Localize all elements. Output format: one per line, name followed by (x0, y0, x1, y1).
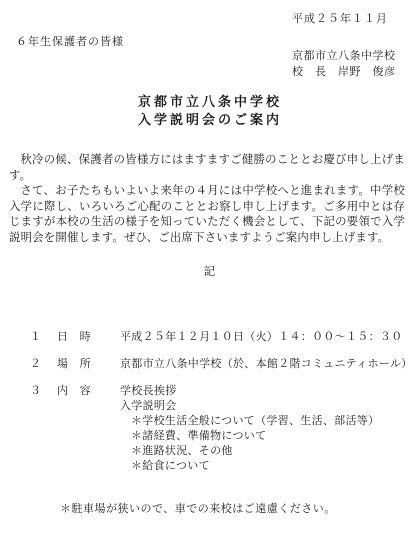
body-text: 秋冷の候、保護者の皆様方にはますますご健勝のこととお慶び申し上げます。 さて、お… (9, 153, 405, 246)
item-datetime-number: １ (30, 330, 57, 344)
item-datetime: １ 日 時 平成２５年１２月１０日（火）１４：００～１５：３０ (30, 330, 416, 344)
item-contents-value: 学校長挨拶 入学説明会 ＊学校生活全般について（学習、生活、部活等） ＊諸経費、… (120, 384, 416, 474)
document-title-line2: 入学説明会のご案内 (0, 111, 420, 129)
details-list: １ 日 時 平成２５年１２月１０日（火）１４：００～１５：３０ ２ 場 所 京都… (30, 330, 416, 487)
body-paragraph-invitation: さて、お子たちもいよいよ来年の４月には中学校へと進まれます。中学校入学に際し、い… (9, 184, 405, 246)
issue-date: 平成２５年１１月 (292, 10, 388, 26)
item-place-value: 京都市立八条中学校（於、本館２階コミュニティホール） (120, 357, 416, 371)
content-line-session: 入学説明会 (120, 399, 416, 414)
item-contents: ３ 内 容 学校長挨拶 入学説明会 ＊学校生活全般について（学習、生活、部活等）… (30, 384, 416, 474)
item-contents-number: ３ (30, 384, 57, 474)
sender-block: 京都市立八条中学校 校 長 岸野 俊彦 (292, 48, 396, 80)
bullet-expenses: ＊諸経費、準備物について (131, 429, 416, 444)
bullet-lunch: ＊給食について (131, 459, 416, 474)
parking-note: ＊駐車場が狭いので、車での来校はご遠慮ください。 (60, 500, 336, 516)
body-paragraph-greeting: 秋冷の候、保護者の皆様方にはますますご健勝のこととお慶び申し上げます。 (9, 153, 405, 184)
sender-principal: 校 長 岸野 俊彦 (292, 64, 396, 80)
item-place-label: 場 所 (57, 357, 120, 371)
document-title-line1: 京都市立八条中学校 (0, 93, 420, 111)
content-bullets: ＊学校生活全般について（学習、生活、部活等） ＊諸経費、準備物について ＊進路状… (120, 414, 416, 474)
item-datetime-label: 日 時 (57, 330, 120, 344)
bullet-career: ＊進路状況、その他 (131, 444, 416, 459)
item-place-number: ２ (30, 357, 57, 371)
addressee: ６年生保護者の皆様 (16, 33, 124, 49)
sender-school: 京都市立八条中学校 (292, 48, 396, 64)
item-place: ２ 場 所 京都市立八条中学校（於、本館２階コミュニティホール） (30, 357, 416, 371)
item-contents-label: 内 容 (57, 384, 120, 474)
document-page: 平成２５年１１月 ６年生保護者の皆様 京都市立八条中学校 校 長 岸野 俊彦 京… (0, 0, 420, 560)
record-marker: 記 (0, 263, 420, 279)
content-line-greeting: 学校長挨拶 (120, 384, 416, 399)
bullet-school-life: ＊学校生活全般について（学習、生活、部活等） (131, 414, 416, 429)
item-datetime-value: 平成２５年１２月１０日（火）１４：００～１５：３０ (120, 330, 416, 344)
document-title: 京都市立八条中学校 入学説明会のご案内 (0, 93, 420, 129)
